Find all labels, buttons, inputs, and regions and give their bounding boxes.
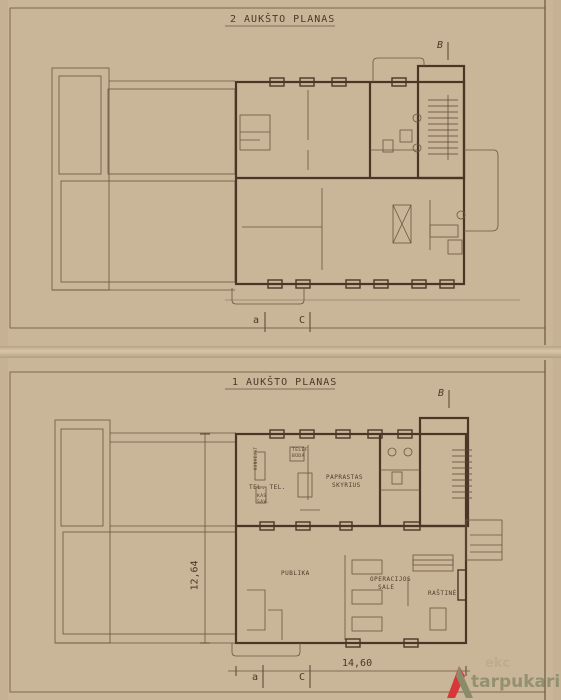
room-label-operacijos: OPERACIJOS	[370, 576, 411, 583]
room-label-sale: SALE	[378, 584, 394, 591]
tarpukaris-watermark: ekc tarpukaris	[445, 662, 561, 700]
room-label-telef: TELEF	[292, 448, 308, 453]
section-mark-b-bottom: B	[438, 388, 444, 399]
section-mark-c-bottom: C	[299, 672, 305, 683]
room-label-tel: TEL. TEL.	[249, 484, 286, 491]
watermark-sub: ekc	[485, 656, 510, 671]
section-mark-a-bottom: a	[252, 672, 258, 683]
room-label-publika: PUBLIKA	[281, 570, 310, 577]
section-mark-a-top: a	[253, 315, 259, 326]
first-floor-title: 1 AUKŠTO PLANAS	[232, 377, 337, 388]
room-label-rastine: RAŠTINĖ	[428, 590, 457, 597]
section-mark-c-top: C	[299, 315, 305, 326]
room-label-sav: SAV.	[257, 500, 270, 505]
drawing-sheet: 2 AUKŠTO PLANAS 1 AUKŠTO PLANAS B a C B …	[0, 0, 561, 700]
room-label-buda: BŪDA	[292, 454, 305, 459]
watermark-brand: tarpukaris	[471, 672, 561, 692]
room-label-paprastas: PAPRASTAS	[326, 474, 363, 481]
dimension-width: 14,60	[342, 658, 372, 669]
room-label-kas: KAS	[257, 494, 267, 499]
room-label-skyrius: SKYRIUS	[332, 482, 361, 489]
section-mark-b-top: B	[437, 40, 443, 51]
room-label-konvejat: KONVEJAT	[253, 447, 258, 470]
dimension-depth: 12,64	[190, 560, 201, 590]
second-floor-title: 2 AUKŠTO PLANAS	[230, 14, 335, 25]
floor-plan-drawing	[0, 0, 561, 700]
